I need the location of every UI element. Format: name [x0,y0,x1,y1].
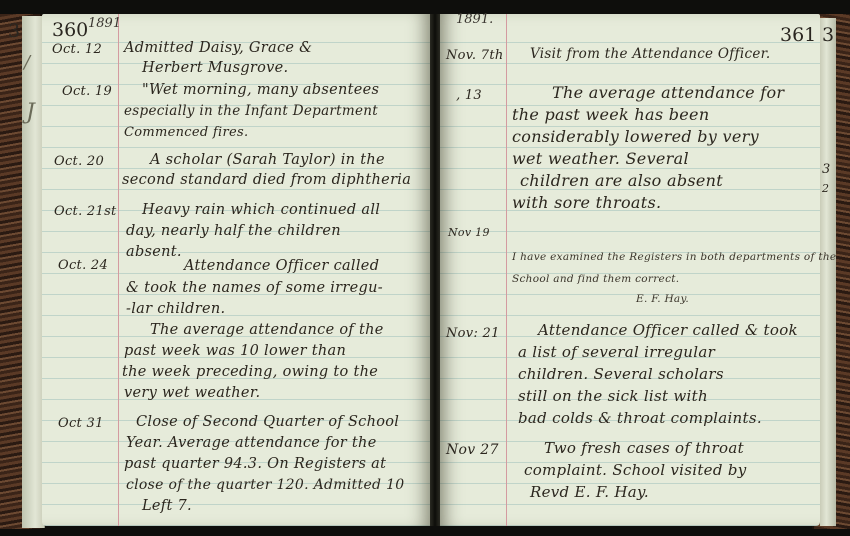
entry-line: Revd E. F. Hay. [530,482,649,503]
book-gutter [430,14,440,526]
entry-line: The average attendance for [552,82,784,103]
year-label: 1891. [456,12,493,27]
entry-line: absent. [126,242,182,263]
left-page: 360 1891 Oct. 12 Admitted Daisy, Grace &… [42,14,430,526]
entry-line: "Wet morning, many absentees [142,80,379,101]
entry-line: Year. Average attendance for the [126,433,377,454]
entry-line: the past week has been [512,104,709,125]
entry-date: Oct. 21st [54,204,117,219]
entry-line: complaint. School visited by [524,460,747,481]
entry-line: the week preceding, owing to the [122,362,378,383]
entry-line: Attendance Officer called & took [538,320,798,341]
page-number: 361 [780,24,816,46]
entry-line: Heavy rain which continued all [142,200,380,221]
entry-date: Oct 31 [58,416,104,431]
entry-date: ‚ 13 [456,88,482,103]
entry-line: a list of several irregular [518,342,715,363]
entry-line: & took the names of some irregu- [126,278,383,299]
entry-line: Commenced fires. [124,122,248,143]
entry-line: Visit from the Attendance Officer. [530,44,771,65]
margin-rule [118,14,119,526]
entry-line: with sore throats. [512,192,661,213]
entry-line: Attendance Officer called [184,256,379,277]
year-label: 1891 [88,16,121,31]
entry-line: I have examined the Registers in both de… [512,246,836,268]
entry-line: second standard died from diphtheria [122,170,411,191]
entry-line: very wet weather. [124,383,260,404]
volume-mark-left: 3 [8,20,20,42]
entry-line: wet weather. Several [512,148,689,169]
entry-line: Left 7. [142,496,192,517]
entry-date: Oct. 19 [62,84,112,99]
page-number: 360 [52,19,88,41]
right-page: 1891. 361 Nov. 7th Visit from the Attend… [440,14,820,526]
entry-line: especially in the Infant Department [124,101,378,122]
pencil-mark: / [24,52,30,73]
entry-date: Nov. 7th [446,48,504,63]
entry-line: School and find them correct. [512,268,679,290]
entry-line: The average attendance of the [150,320,384,341]
signature: E. F. Hay. [636,288,689,310]
entry-date: Nov 19 [448,226,490,239]
entry-date: Oct. 24 [58,258,108,273]
pencil-mark: J [26,100,35,125]
volume-mark-right: 3 [822,24,834,46]
entry-line: bad colds & throat complaints. [518,408,762,429]
entry-line: past quarter 94.3. On Registers at [124,454,386,475]
entry-date: Nov 27 [446,442,499,458]
entry-line: children. Several scholars [518,364,724,385]
margin-mark: 2 [822,182,829,195]
entry-line: children are also absent [520,170,723,191]
entry-line: considerably lowered by very [512,126,759,147]
entry-date: Oct. 12 [52,42,102,57]
entry-line: still on the sick list with [518,386,708,407]
entry-line: close of the quarter 120. Admitted 10 [126,475,405,496]
open-log-book: 3 / J 360 1891 Oct. 12 Admitted Daisy, G… [0,0,850,536]
entry-line: A scholar (Sarah Taylor) in the [150,150,385,171]
entry-date: Nov: 21 [446,326,500,341]
entry-date: Oct. 20 [54,154,104,169]
entry-line: Herbert Musgrove. [142,58,288,79]
margin-mark: 3 [822,162,831,177]
entry-line: -lar children. [126,299,225,320]
margin-rule [506,14,507,526]
entry-line: past week was 10 lower than [124,341,346,362]
entry-line: Two fresh cases of throat [544,438,744,459]
entry-line: day, nearly half the children [126,221,341,242]
entry-line: Admitted Daisy, Grace & [124,38,312,59]
entry-line: Close of Second Quarter of School [136,412,399,433]
